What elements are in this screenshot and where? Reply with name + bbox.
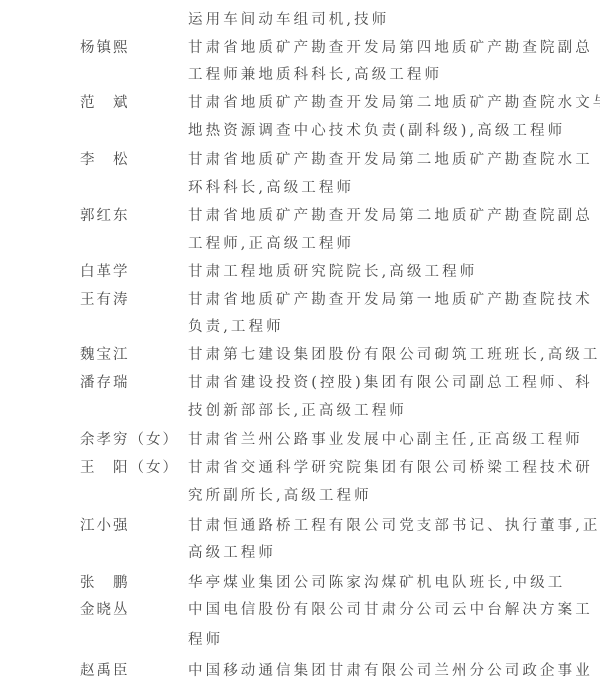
entry-description-line: 程师	[188, 628, 223, 652]
entry-description-line: 地热资源调查中心技术负责(副科级),高级工程师	[188, 119, 565, 143]
entry-description-line: 甘肃省地质矿产勘查开发局第二地质矿产勘查院水工	[188, 148, 593, 172]
entry-name: 赵禹臣	[80, 659, 130, 683]
entry-name: 余孝穷（女）	[80, 428, 179, 452]
entry-name: 杨镇熙	[80, 36, 130, 60]
entry-name: 魏宝江	[80, 343, 130, 367]
entry-description-line: 技创新部部长,正高级工程师	[188, 399, 407, 423]
entry-name: 潘存瑞	[80, 371, 130, 395]
entry-name: 王有涛	[80, 288, 130, 312]
entry-name: 江小强	[80, 514, 130, 538]
entry-name: 范 斌	[80, 91, 130, 115]
entry-description-line: 华亭煤业集团公司陈家沟煤矿机电队班长,中级工	[188, 571, 565, 595]
entry-description-line: 甘肃省地质矿产勘查开发局第一地质矿产勘查院技术	[188, 288, 593, 312]
entry-description-line: 甘肃省地质矿产勘查开发局第二地质矿产勘查院副总	[188, 204, 593, 228]
entry-description-line: 工程师兼地质科科长,高级工程师	[188, 63, 442, 87]
entry-name: 王 阳（女）	[80, 456, 179, 480]
entry-name: 金晓丛	[80, 598, 130, 622]
entry-description-line: 甘肃第七建设集团股份有限公司砌筑工班班长,高级工	[188, 343, 600, 367]
entry-description-line: 究所副所长,高级工程师	[188, 484, 372, 508]
entry-description-line: 环科科长,高级工程师	[188, 176, 354, 200]
entry-description-line: 甘肃省兰州公路事业发展中心副主任,正高级工程师	[188, 428, 583, 452]
entry-description-line: 甘肃省交通科学研究院集团有限公司桥梁工程技术研	[188, 456, 593, 480]
entry-description-line: 中国移动通信集团甘肃有限公司兰州分公司政企事业	[188, 659, 593, 683]
entry-name: 李 松	[80, 148, 130, 172]
entry-description-line: 甘肃恒通路桥工程有限公司党支部书记、执行董事,正	[188, 514, 600, 538]
entry-description-line: 甘肃省建设投资(控股)集团有限公司副总工程师、科	[188, 371, 593, 395]
entry-description-line: 高级工程师	[188, 541, 276, 565]
entry-name: 张 鹏	[80, 571, 130, 595]
entry-description-line: 甘肃省地质矿产勘查开发局第二地质矿产勘查院水文与	[188, 91, 600, 115]
entry-description-line: 甘肃工程地质研究院院长,高级工程师	[188, 260, 477, 284]
entry-description-line: 负责,工程师	[188, 315, 284, 339]
entry-description-line: 工程师,正高级工程师	[188, 232, 354, 256]
entry-description-line: 中国电信股份有限公司甘肃分公司云中台解决方案工	[188, 598, 593, 622]
entry-name: 白革学	[80, 260, 130, 284]
entry-description-line: 运用车间动车组司机,技师	[188, 8, 389, 32]
entry-name: 郭红东	[80, 204, 130, 228]
entry-description-line: 甘肃省地质矿产勘查开发局第四地质矿产勘查院副总	[188, 36, 593, 60]
